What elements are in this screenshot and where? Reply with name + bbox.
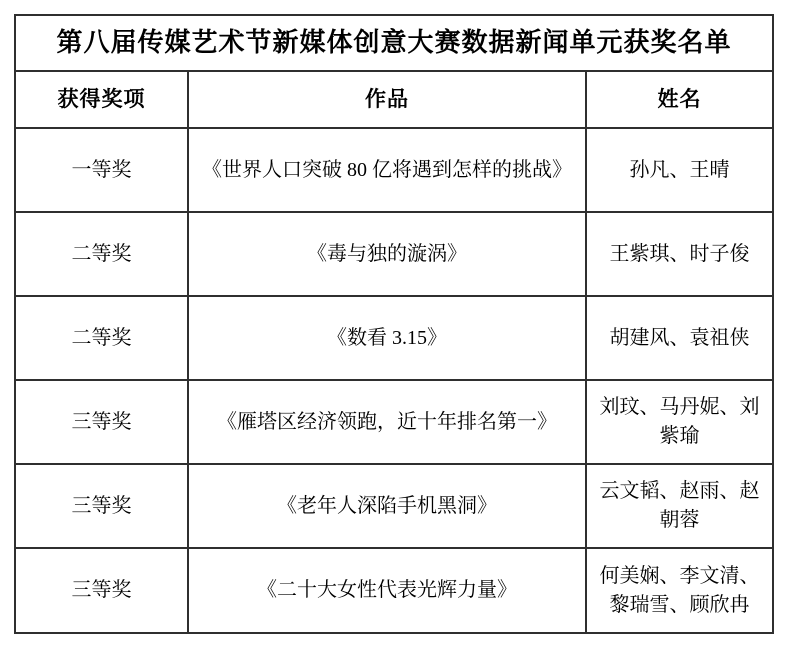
names-cell: 何美娴、李文清、黎瑞雪、顾欣冉 <box>586 548 773 633</box>
names-cell: 云文韬、赵雨、赵朝蓉 <box>586 464 773 548</box>
table-row: 二等奖 《毒与独的漩涡》 王紫琪、时子俊 <box>15 212 773 296</box>
column-header-work: 作品 <box>188 71 586 128</box>
work-cell: 《数看 3.15》 <box>188 296 586 380</box>
award-cell: 二等奖 <box>15 212 188 296</box>
names-cell: 胡建风、袁祖侠 <box>586 296 773 380</box>
table-row: 一等奖 《世界人口突破 80 亿将遇到怎样的挑战》 孙凡、王晴 <box>15 128 773 212</box>
award-cell: 二等奖 <box>15 296 188 380</box>
work-cell: 《世界人口突破 80 亿将遇到怎样的挑战》 <box>188 128 586 212</box>
names-cell: 王紫琪、时子俊 <box>586 212 773 296</box>
work-cell: 《老年人深陷手机黑洞》 <box>188 464 586 548</box>
column-header-award: 获得奖项 <box>15 71 188 128</box>
table-row: 三等奖 《二十大女性代表光辉力量》 何美娴、李文清、黎瑞雪、顾欣冉 <box>15 548 773 633</box>
work-cell: 《二十大女性代表光辉力量》 <box>188 548 586 633</box>
award-cell: 三等奖 <box>15 548 188 633</box>
table-header-row: 获得奖项 作品 姓名 <box>15 71 773 128</box>
award-cell: 一等奖 <box>15 128 188 212</box>
column-header-names: 姓名 <box>586 71 773 128</box>
award-results-table: 第八届传媒艺术节新媒体创意大赛数据新闻单元获奖名单 获得奖项 作品 姓名 一等奖… <box>14 14 774 634</box>
work-cell: 《毒与独的漩涡》 <box>188 212 586 296</box>
names-cell: 孙凡、王晴 <box>586 128 773 212</box>
table-row: 三等奖 《老年人深陷手机黑洞》 云文韬、赵雨、赵朝蓉 <box>15 464 773 548</box>
award-cell: 三等奖 <box>15 464 188 548</box>
table-title-row: 第八届传媒艺术节新媒体创意大赛数据新闻单元获奖名单 <box>15 15 773 71</box>
table-title: 第八届传媒艺术节新媒体创意大赛数据新闻单元获奖名单 <box>15 15 773 71</box>
award-cell: 三等奖 <box>15 380 188 464</box>
document-page: 第八届传媒艺术节新媒体创意大赛数据新闻单元获奖名单 获得奖项 作品 姓名 一等奖… <box>0 0 786 659</box>
work-cell: 《雁塔区经济领跑，近十年排名第一》 <box>188 380 586 464</box>
table-row: 二等奖 《数看 3.15》 胡建风、袁祖侠 <box>15 296 773 380</box>
table-row: 三等奖 《雁塔区经济领跑，近十年排名第一》 刘玟、马丹妮、刘紫瑜 <box>15 380 773 464</box>
names-cell: 刘玟、马丹妮、刘紫瑜 <box>586 380 773 464</box>
